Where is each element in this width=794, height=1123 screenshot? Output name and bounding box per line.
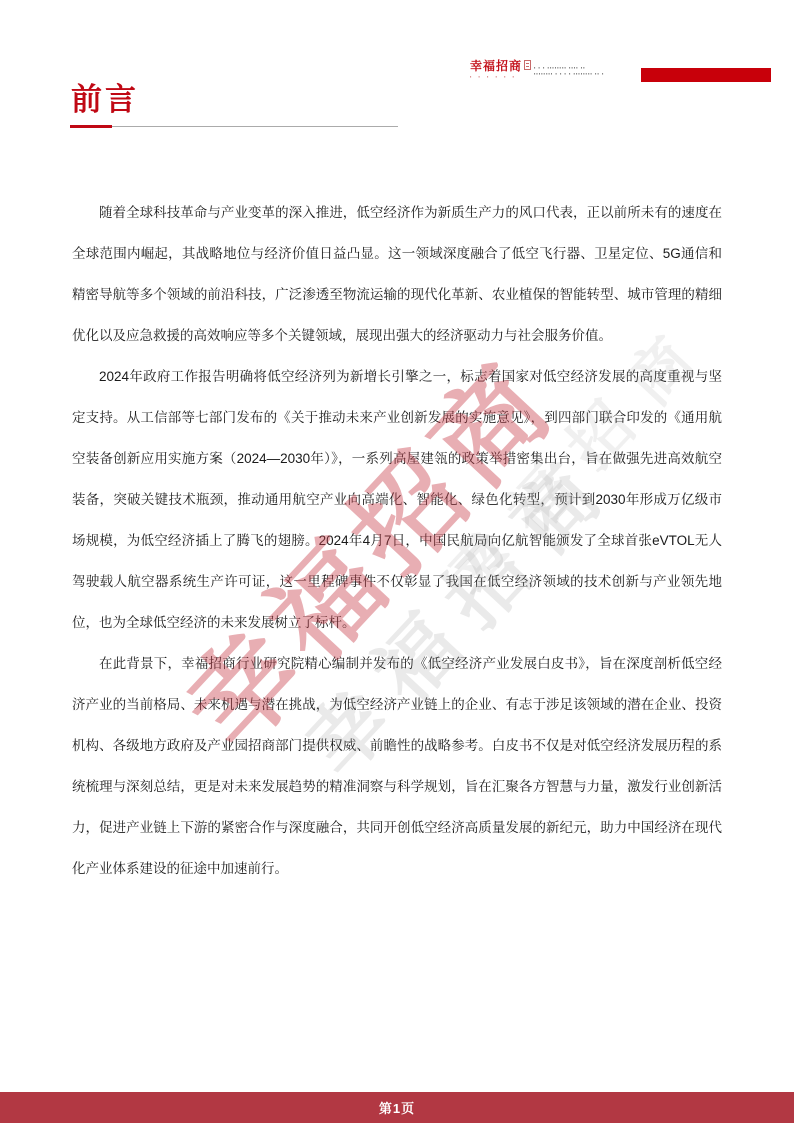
paragraph-whitepaper: 在此背景下，幸福招商行业研究院精心编制并发布的《低空经济产业发展白皮书》，旨在深… [72, 643, 722, 889]
page-number: 第1页 [379, 1098, 415, 1117]
header-red-bar [641, 68, 771, 82]
header-tagline: ▪ ▪ ▪ ▪▪▪▪▪▪▪▪ ▪▪▪▪ ▪▪ ▪▪▪▪▪▪▪▪ ▪ ▪ ▪ ▪ … [534, 65, 638, 77]
header-tagline-line2: ▪▪▪▪▪▪▪▪ ▪ ▪ ▪ ▪ ▪▪▪▪▪▪▪▪ ▪▪ ▪ [534, 71, 638, 77]
paragraph-intro: 随着全球科技革命与产业变革的深入推进，低空经济作为新质生产力的风口代表，正以前所… [72, 192, 722, 356]
brand-logo-subtext: ▪ ▪ ▪ ▪ ▪ ▪ [470, 75, 531, 79]
title-divider-accent [70, 125, 112, 128]
brand-seal-icon [524, 60, 531, 70]
paragraph-policy: 2024年政府工作报告明确将低空经济列为新增长引擎之一，标志着国家对低空经济发展… [72, 356, 722, 643]
brand-logo: 幸福招商 ▪ ▪ ▪ ▪ ▪ ▪ [470, 60, 531, 79]
title-divider-rule [112, 126, 398, 127]
title-divider [70, 122, 398, 130]
document-body: 随着全球科技革命与产业变革的深入推进，低空经济作为新质生产力的风口代表，正以前所… [72, 192, 722, 889]
brand-logo-text: 幸福招商 [470, 60, 522, 72]
page-footer: 第1页 [0, 1092, 794, 1123]
page-title: 前言 [71, 74, 139, 119]
document-page: 幸福招商 ▪ ▪ ▪ ▪ ▪ ▪ ▪ ▪ ▪ ▪▪▪▪▪▪▪▪ ▪▪▪▪ ▪▪ … [0, 0, 794, 1123]
